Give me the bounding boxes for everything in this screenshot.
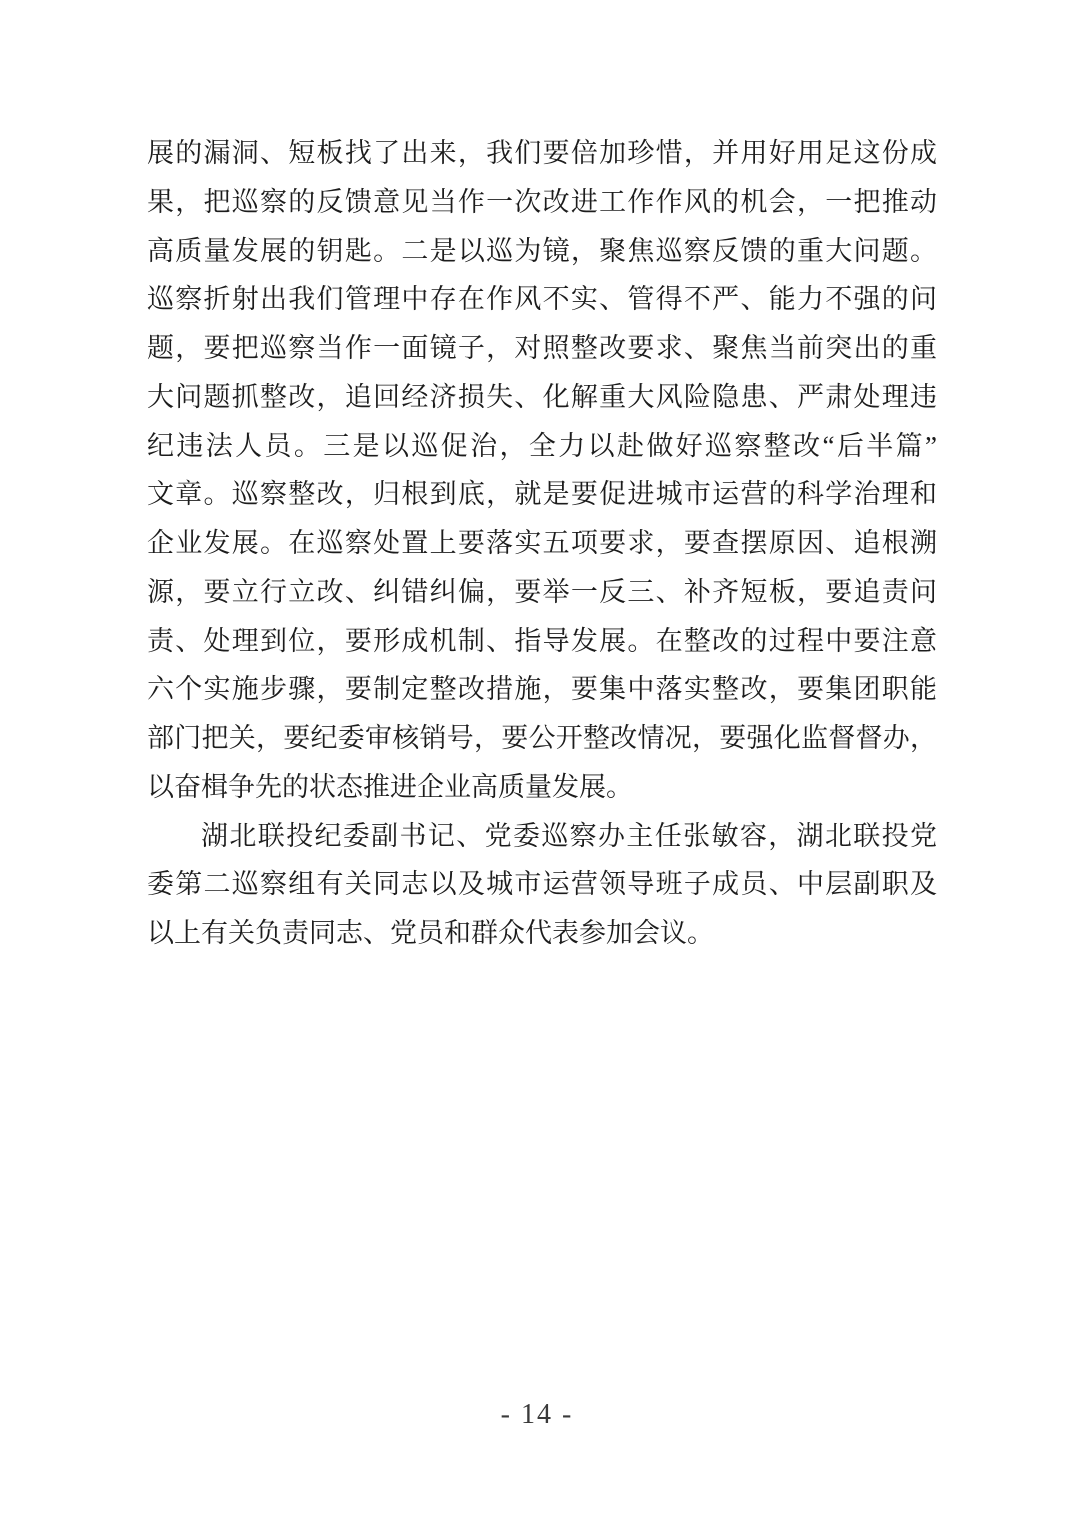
paragraph-attendees: 湖北联投纪委副书记、党委巡察办主任张敏容，湖北联投党 委第二巡察组有关同志以及城…: [147, 812, 937, 958]
text-line: 以奋楫争先的状态推进企业高质量发展。: [147, 763, 937, 812]
text-line: 责、处理到位，要形成机制、指导发展。在整改的过程中要注意: [147, 617, 937, 666]
text-line: 湖北联投纪委副书记、党委巡察办主任张敏容，湖北联投党: [147, 812, 937, 861]
paragraph-continuation: 展的漏洞、短板找了出来，我们要倍加珍惜，并用好用足这份成 果，把巡察的反馈意见当…: [147, 129, 937, 812]
text-line: 纪违法人员。三是以巡促治，全力以赴做好巡察整改“后半篇”: [147, 422, 937, 471]
text-line: 果，把巡察的反馈意见当作一次改进工作作风的机会，一把推动: [147, 178, 937, 227]
text-line: 高质量发展的钥匙。二是以巡为镜，聚焦巡察反馈的重大问题。: [147, 227, 937, 276]
document-page: 展的漏洞、短板找了出来，我们要倍加珍惜，并用好用足这份成 果，把巡察的反馈意见当…: [0, 0, 1074, 1520]
text-line: 部门把关，要纪委审核销号，要公开整改情况，要强化监督督办，: [147, 714, 937, 763]
text-line: 展的漏洞、短板找了出来，我们要倍加珍惜，并用好用足这份成: [147, 129, 937, 178]
text-line: 巡察折射出我们管理中存在作风不实、管得不严、能力不强的问: [147, 275, 937, 324]
text-line: 文章。巡察整改，归根到底，就是要促进城市运营的科学治理和: [147, 470, 937, 519]
text-line: 题，要把巡察当作一面镜子，对照整改要求、聚焦当前突出的重: [147, 324, 937, 373]
text-line: 六个实施步骤，要制定整改措施，要集中落实整改，要集团职能: [147, 665, 937, 714]
text-line: 以上有关负责同志、党员和群众代表参加会议。: [147, 909, 937, 958]
body-text: 展的漏洞、短板找了出来，我们要倍加珍惜，并用好用足这份成 果，把巡察的反馈意见当…: [147, 129, 937, 958]
text-line: 企业发展。在巡察处置上要落实五项要求，要查摆原因、追根溯: [147, 519, 937, 568]
page-number: - 14 -: [0, 1398, 1074, 1432]
text-line: 源，要立行立改、纠错纠偏，要举一反三、补齐短板，要追责问: [147, 568, 937, 617]
text-line: 委第二巡察组有关同志以及城市运营领导班子成员、中层副职及: [147, 860, 937, 909]
text-line: 大问题抓整改，追回经济损失、化解重大风险隐患、严肃处理违: [147, 373, 937, 422]
